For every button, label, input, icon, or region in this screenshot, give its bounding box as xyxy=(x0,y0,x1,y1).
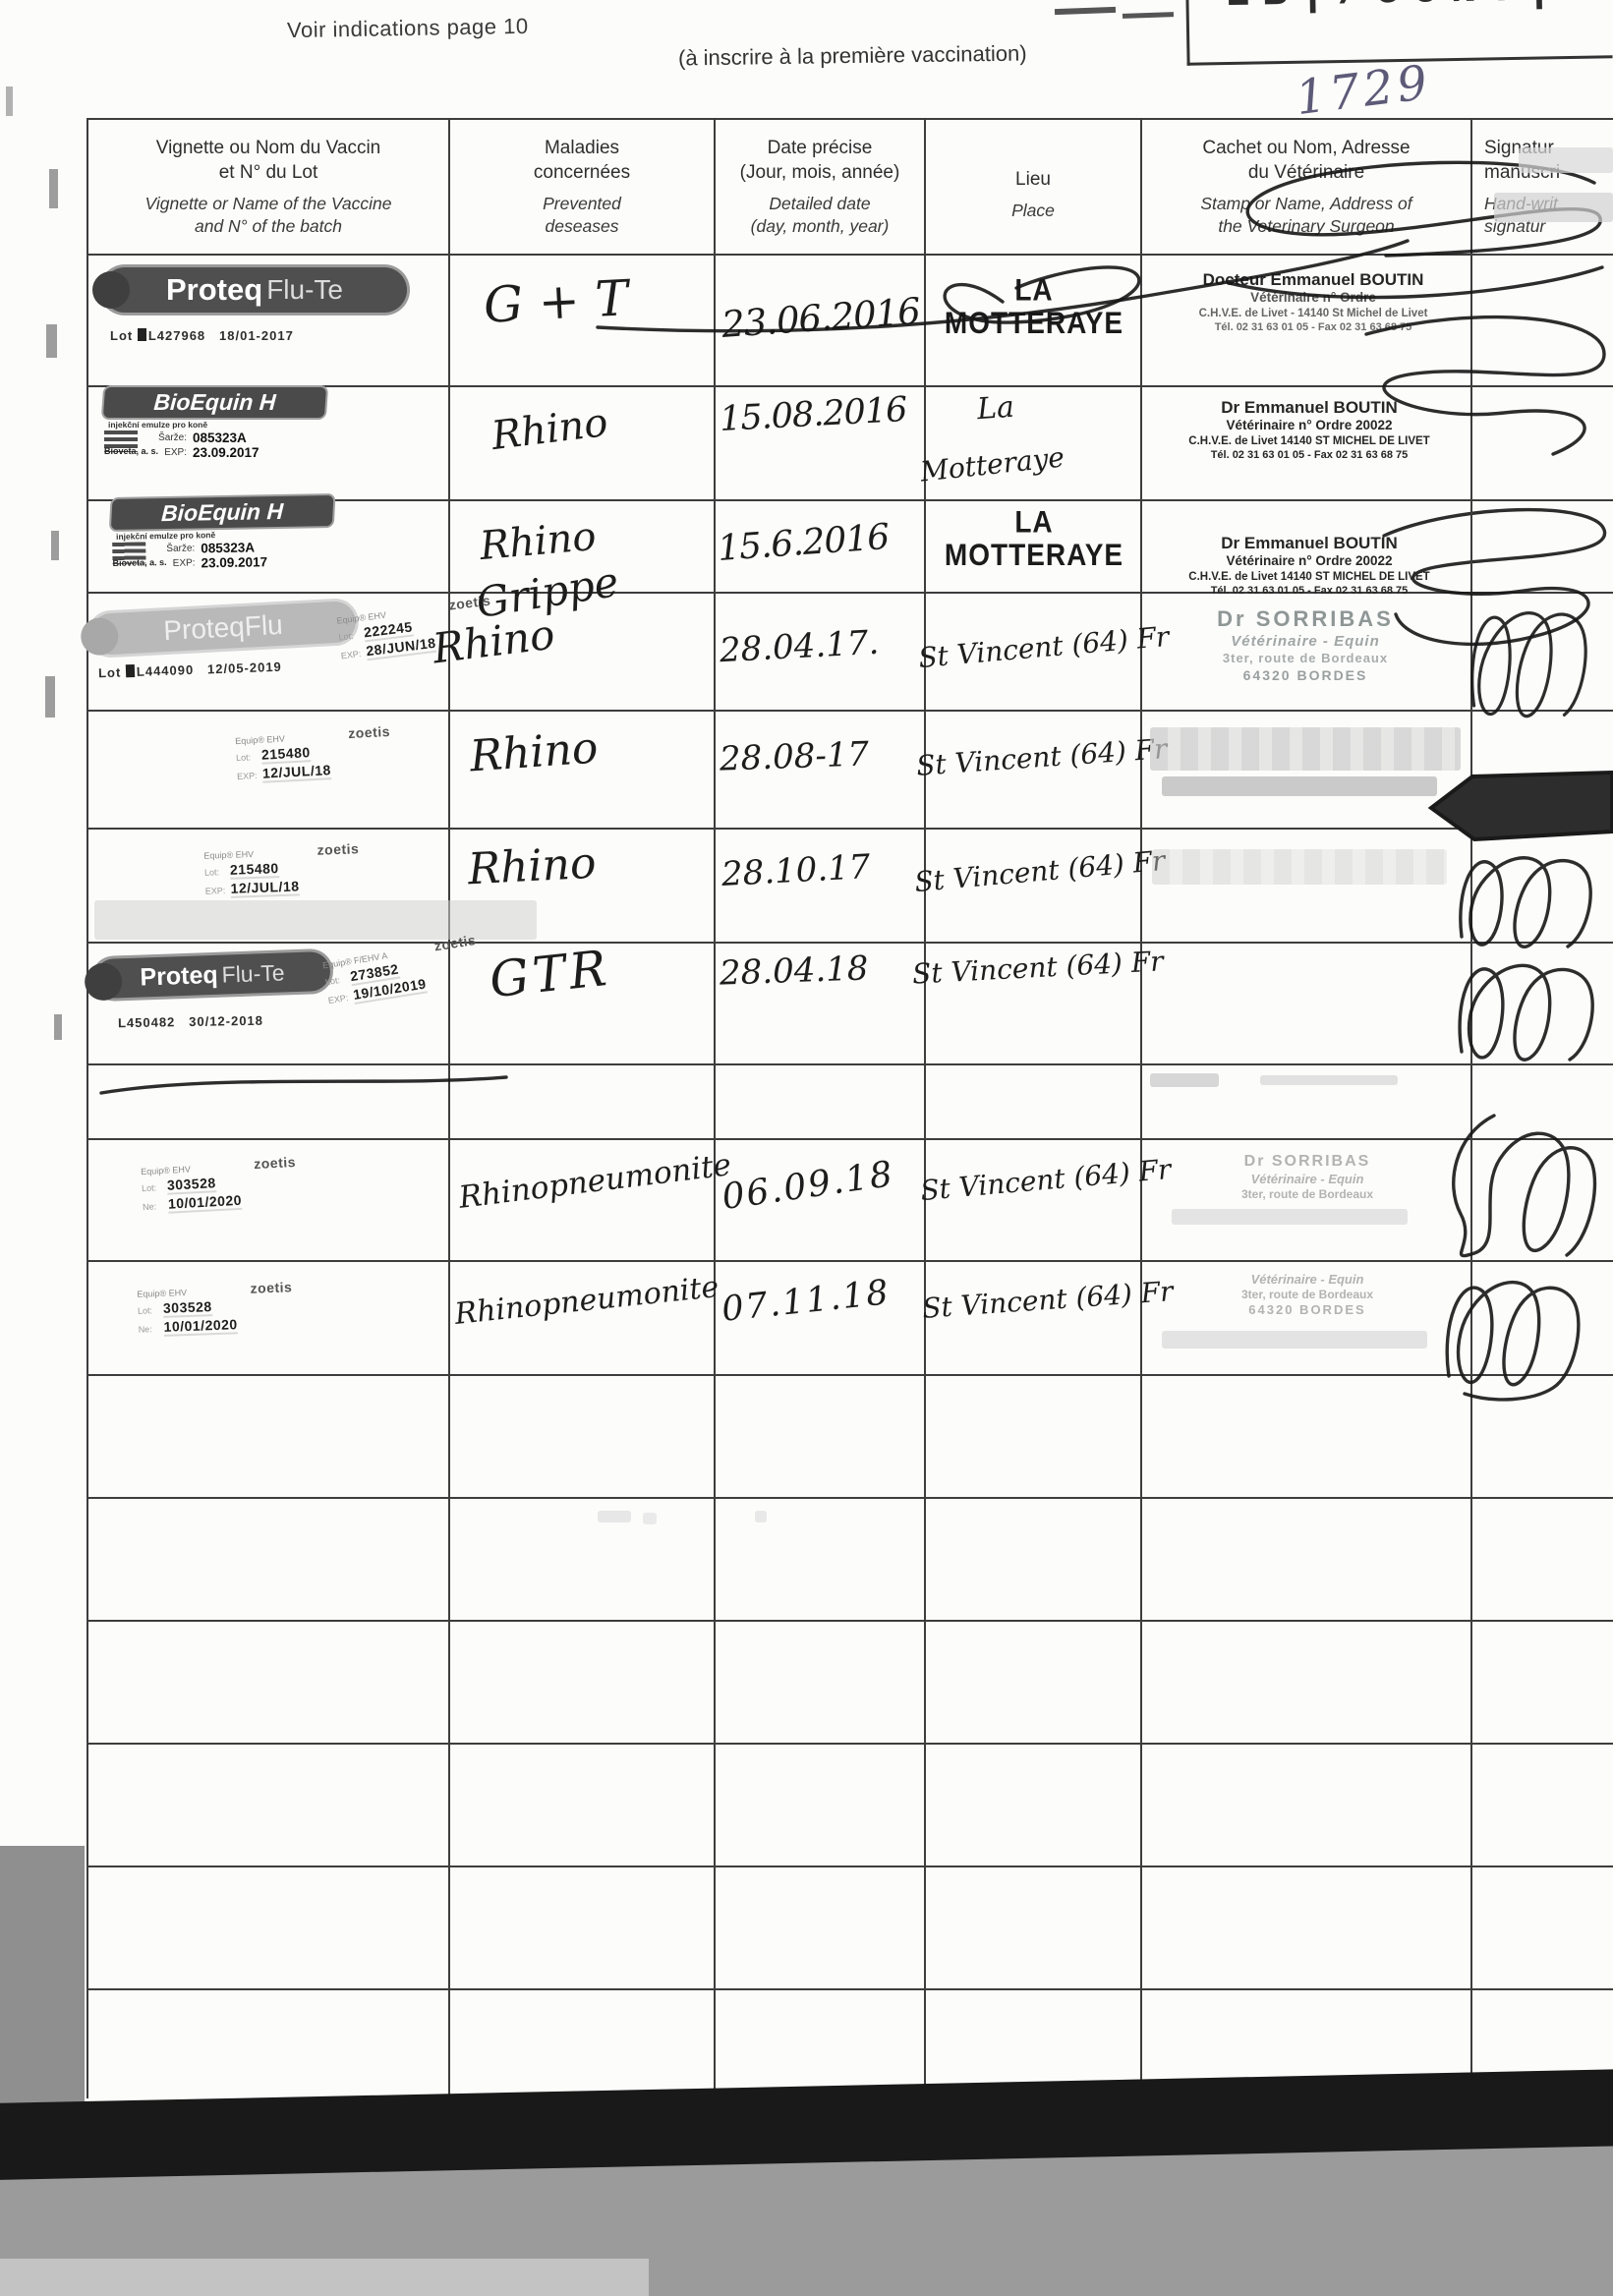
empty-cell xyxy=(88,1867,450,1988)
empty-row xyxy=(88,1745,1613,1867)
vaccination-row: Equip® EHV zoetis Lot: 215480 EXP: 12/JU… xyxy=(88,830,1613,944)
empty-cell xyxy=(926,1622,1142,1743)
place-entry: St Vincent (64) Fr xyxy=(915,732,1168,782)
exp-value: 10/01/2020 xyxy=(168,1192,243,1214)
header-fr: concernées xyxy=(534,160,630,185)
vet-stamp-faint: Dr SORRIBAS Vétérinaire - Equin 3ter, ro… xyxy=(1150,1152,1465,1202)
place-entry: St Vincent (64) Fr xyxy=(911,945,1164,990)
exp-value: 12/JUL/18 xyxy=(262,762,332,783)
empty-cell xyxy=(926,1376,1142,1497)
empty-cell xyxy=(1142,1867,1472,1988)
scan-smudge xyxy=(643,1513,657,1524)
disease-entry: Rhinopneumonite xyxy=(453,1270,720,1332)
disease-cell: Rhinopneumonite xyxy=(450,1140,716,1260)
vaccine-brand: Proteq xyxy=(166,272,262,308)
illegible-stamp-smudge xyxy=(1150,727,1461,771)
exp-label: EXP: xyxy=(340,648,367,660)
header-en: Prevented xyxy=(543,193,621,215)
first-vaccination-note: (à inscrire à la première vaccination) xyxy=(678,41,1027,72)
vaccine-cell: Equip® EHV zoetis Lot: 303528 Ne: 10/01/… xyxy=(88,1262,450,1374)
place-entry: St Vincent (64) Fr xyxy=(913,844,1167,898)
date-cell: 15.08.2016 xyxy=(716,387,926,499)
exp-value: 10/01/2020 xyxy=(163,1316,238,1337)
empty-cell xyxy=(88,1990,450,2098)
empty-cell xyxy=(1472,1499,1613,1620)
header-en: Detailed date xyxy=(769,193,870,215)
vaccine-sticker-bioequin: BioEquin H injekční emulze pro koně Šarž… xyxy=(104,387,325,456)
scan-smudge xyxy=(755,1511,767,1522)
vaccination-row: BioEquin H injekční emulze pro koně Šarž… xyxy=(88,501,1613,594)
empty-cell xyxy=(926,1745,1142,1865)
stamp-cell: Vétérinaire - Equin 3ter, route de Borde… xyxy=(1142,1262,1472,1374)
disease-entry: GTR xyxy=(487,940,612,1009)
header-fr: Vignette ou Nom du Vaccin xyxy=(156,136,381,160)
stamp-cell xyxy=(1142,830,1472,942)
column-header-vaccine: Vignette ou Nom du Vaccin et N° du Lot V… xyxy=(88,120,450,254)
place-cell: St Vincent (64) Fr xyxy=(926,830,1142,942)
empty-cell xyxy=(716,1990,926,2098)
header-en: and N° of the batch xyxy=(195,215,342,238)
zoetis-logo: zoetis xyxy=(317,840,359,857)
exp-label: EXP: xyxy=(327,992,354,1005)
lot-value: L450482 xyxy=(118,1014,176,1030)
empty-cell xyxy=(450,1745,716,1865)
vet-stamp: Dr Emmanuel BOUTIN Vétérinaire n° Ordre … xyxy=(1152,533,1467,598)
empty-cell xyxy=(1142,1622,1472,1743)
vaccine-cell: BioEquin H injekční emulze pro koně Šarž… xyxy=(88,501,450,592)
scan-edge-mark xyxy=(49,169,58,208)
vaccine-cell: Proteq Flu-Te Lot L427968 18/01-2017 xyxy=(88,256,450,385)
vaccine-cell: Equip® EHV zoetis Lot: 215480 EXP: 12/JU… xyxy=(88,712,450,828)
place-cell: St Vincent (64) Fr xyxy=(926,944,1142,1063)
scan-edge-mark xyxy=(6,86,13,116)
lot-number: L450482 30/12-2018 xyxy=(118,1013,263,1031)
lot-label: Lot: xyxy=(138,1305,163,1316)
zoetis-logo: zoetis xyxy=(348,723,390,741)
lot-date: 12/05-2019 xyxy=(207,660,282,677)
empty-cell xyxy=(88,1745,450,1865)
zoetis-product: Equip® EHV xyxy=(141,1165,191,1177)
date-cell: 28.08-17 xyxy=(716,712,926,828)
scan-edge-mark xyxy=(54,1014,62,1040)
place-cell: St Vincent (64) Fr xyxy=(926,1140,1142,1260)
lot-value: L444090 xyxy=(137,662,195,679)
stamp-line: Tél. 02 31 63 01 05 - Fax 02 31 63 68 75 xyxy=(1152,585,1467,599)
lot-number: Lot L444090 12/05-2019 xyxy=(98,660,282,681)
lot-date: 30/12-2018 xyxy=(189,1013,263,1029)
date-cell: 28.10.17 xyxy=(716,830,926,942)
vaccine-cell: Equip® EHV zoetis Lot: 215480 EXP: 12/JU… xyxy=(88,830,450,942)
zoetis-product: Equip® EHV xyxy=(235,734,285,747)
exp-label: Ne: xyxy=(143,1201,168,1212)
stamp-line: C.H.V.E. de Livet 14140 ST MICHEL DE LIV… xyxy=(1152,570,1467,584)
stamp-line: Dr Emmanuel BOUTIN xyxy=(1152,533,1467,553)
scan-bottom-light-strip xyxy=(0,2259,649,2296)
empty-cell xyxy=(716,1622,926,1743)
place-entry: Motteraye xyxy=(919,440,1066,488)
disease-entry: Rhino xyxy=(478,514,598,569)
place-cell: St Vincent (64) Fr xyxy=(926,1262,1142,1374)
empty-cell xyxy=(1142,1499,1472,1620)
scan-edge-mark xyxy=(45,676,55,717)
place-entry: St Vincent (64) Fr xyxy=(917,620,1171,674)
empty-cell xyxy=(1472,1745,1613,1865)
scanned-vaccination-record-page: Voir indications page 10 (à inscrire à l… xyxy=(0,0,1613,2296)
scan-edge-mark xyxy=(51,531,59,560)
lot-value: 303528 xyxy=(163,1298,212,1318)
handwritten-page-number: 1729 xyxy=(1293,55,1434,126)
date-cell: 28.04.17. xyxy=(716,594,926,710)
empty-cell xyxy=(716,1376,926,1497)
disease-cell: Rhino xyxy=(450,712,716,828)
lot-value: 215480 xyxy=(230,860,279,880)
empty-cell xyxy=(88,1499,450,1620)
date-cell: 15.6.2016 xyxy=(716,501,926,592)
scan-artifact-dash xyxy=(1123,12,1174,19)
signature-scribble xyxy=(1450,840,1613,958)
vaccine-brand: BioEquin H xyxy=(103,387,326,418)
disease-entry: Rhino xyxy=(467,838,598,895)
place-entry: St Vincent (64) Fr xyxy=(919,1153,1173,1207)
lot-date: 18/01-2017 xyxy=(219,328,294,343)
exp-label: Ne: xyxy=(139,1324,164,1335)
corner-code-fragment: LB|/UUNV| xyxy=(1224,0,1564,19)
date-cell: 07.11.18 xyxy=(716,1262,926,1374)
empty-cell xyxy=(926,1499,1142,1620)
date-cell: 28.04.18 xyxy=(716,944,926,1063)
date-entry: 28.04.17. xyxy=(719,623,880,670)
signature-scribble xyxy=(590,231,1415,349)
stamp-cell: Dr Emmanuel BOUTIN Vétérinaire n° Ordre … xyxy=(1142,501,1472,592)
vaccine-cell: BioEquin H injekční emulze pro koně Šarž… xyxy=(88,387,450,499)
vaccine-sticker-proteq: Proteq Flu-Te xyxy=(93,951,330,999)
scan-smudge xyxy=(1519,147,1613,173)
lot-value: 303528 xyxy=(167,1175,217,1195)
lot-label: Lot: xyxy=(142,1182,167,1193)
date-entry: 15.6.2016 xyxy=(717,517,891,569)
vaccine-sticker-proteq-faded: ProteqFlu xyxy=(89,601,357,656)
empty-cell xyxy=(450,1376,716,1497)
empty-cell xyxy=(1472,1622,1613,1743)
vaccination-row: Proteq Flu-Te L450482 30/12-2018 Equip® … xyxy=(88,944,1613,1065)
date-entry: 28.10.17 xyxy=(720,847,871,894)
stamp-cell xyxy=(1142,712,1472,828)
corner-box-fragment: LB|/UUNV| xyxy=(1185,0,1612,66)
empty-cell xyxy=(1142,1745,1472,1865)
zoetis-product: Equip® EHV xyxy=(137,1288,187,1299)
vaccine-brand: Flu-Te xyxy=(266,274,343,306)
barcode-mark xyxy=(138,328,146,341)
place-line: LA xyxy=(896,505,1172,539)
disease-cell: Rhino xyxy=(450,830,716,942)
place-line: MOTTERAYE xyxy=(896,539,1172,572)
header-en: Vignette or Name of the Vaccine xyxy=(145,193,392,215)
empty-row xyxy=(88,1867,1613,1990)
place-cell: St Vincent (64) Fr xyxy=(926,712,1142,828)
place-entry: La xyxy=(976,390,1015,428)
exp-value: 12/JUL/18 xyxy=(230,878,299,897)
stamp-line: Vétérinaire - Equin xyxy=(1150,1172,1465,1187)
empty-cell xyxy=(926,1867,1142,1988)
scan-smudge xyxy=(1494,193,1613,222)
batch-label: Šarže: xyxy=(151,541,195,556)
batch-label: Šarže: xyxy=(144,430,187,445)
empty-cell xyxy=(716,1499,926,1620)
scan-artifact-dash xyxy=(1055,7,1116,15)
disease-entry: Rhino xyxy=(490,400,610,459)
exp-label: EXP: xyxy=(205,886,231,896)
stamp-line: 64320 BORDES xyxy=(1148,667,1463,685)
vaccine-brand: Proteq xyxy=(140,960,218,992)
empty-cell xyxy=(926,1065,1142,1138)
date-entry: 07.11.18 xyxy=(720,1273,892,1330)
empty-cell xyxy=(88,1622,450,1743)
disease-cell: GTR xyxy=(450,944,716,1063)
stamp-cell xyxy=(1142,944,1472,1063)
signature-scribble xyxy=(1356,295,1612,482)
empty-cell xyxy=(1142,1065,1472,1138)
header-fr: Date précise xyxy=(768,136,873,160)
empty-cell xyxy=(450,1622,716,1743)
empty-row xyxy=(88,1622,1613,1745)
vet-stamp-faint: Vétérinaire - Equin 3ter, route de Borde… xyxy=(1150,1272,1465,1319)
vaccine-sticker-proteq: Proteq Flu-Te xyxy=(102,267,407,313)
empty-cell xyxy=(716,1867,926,1988)
vaccine-sticker-zoetis: Equip® EHV zoetis Lot: 303528 Ne: 10/01/… xyxy=(141,1154,299,1215)
illegible-stamp-smudge xyxy=(1162,776,1437,796)
zoetis-logo: zoetis xyxy=(254,1154,296,1172)
exp-value: 23.09.2017 xyxy=(193,445,259,460)
vaccine-cell: Equip® EHV zoetis Lot: 303528 Ne: 10/01/… xyxy=(88,1140,450,1260)
stamp-line: Vétérinaire n° Ordre 20022 xyxy=(1152,553,1467,570)
vaccine-sticker-zoetis: Equip® EHV zoetis Lot: 303528 Ne: 10/01/… xyxy=(137,1279,294,1337)
vaccination-row: Equip® EHV zoetis Lot: 303528 Ne: 10/01/… xyxy=(88,1262,1613,1376)
vaccination-row: Equip® EHV zoetis Lot: 215480 EXP: 12/JU… xyxy=(88,712,1613,830)
vaccination-row: Equip® EHV zoetis Lot: 303528 Ne: 10/01/… xyxy=(88,1140,1613,1262)
scan-smudge xyxy=(1172,1209,1408,1225)
disease-entry: Rhinopneumonite xyxy=(457,1147,733,1216)
empty-cell xyxy=(88,1376,450,1497)
disease-entry: Rhino xyxy=(468,723,600,782)
vaccine-cell: Proteq Flu-Te L450482 30/12-2018 Equip® … xyxy=(88,944,450,1063)
place-stamp: LA MOTTERAYE xyxy=(896,505,1172,571)
date-entry: 15.08.2016 xyxy=(719,390,907,439)
date-entry: 28.04.18 xyxy=(719,948,869,993)
empty-cell xyxy=(716,1065,926,1138)
place-cell: St Vincent (64) Fr xyxy=(926,594,1142,710)
signature-scribble xyxy=(1450,946,1613,1073)
lot-label: Lot xyxy=(110,328,133,343)
stamp-line: Dr SORRIBAS xyxy=(1150,1152,1465,1172)
date-cell: 06.09.18 xyxy=(716,1140,926,1260)
empty-cell xyxy=(1142,1376,1472,1497)
lot-value: L427968 xyxy=(148,328,205,343)
vaccine-sticker-bioequin: BioEquin H injekční emulze pro koně Šarž… xyxy=(111,495,333,568)
empty-cell xyxy=(450,1990,716,2098)
signature-scribble xyxy=(1435,1106,1612,1273)
header-fr: et N° du Lot xyxy=(219,160,318,185)
illegible-stamp-smudge xyxy=(1152,849,1447,885)
scan-smudge xyxy=(1162,1331,1427,1349)
lot-label: Lot xyxy=(98,664,122,680)
lot-number: Lot L427968 18/01-2017 xyxy=(110,328,294,343)
stamp-cell: Dr SORRIBAS Vétérinaire - Equin 3ter, ro… xyxy=(1142,1140,1472,1260)
scan-smudge xyxy=(1260,1075,1398,1085)
exp-label: EXP: xyxy=(237,771,262,781)
disease-cell: Rhinopneumonite xyxy=(450,1262,716,1374)
vaccine-brand: BioEquin H xyxy=(111,495,334,530)
vaccine-subtitle: injekční emulze pro koně xyxy=(108,420,325,430)
zoetis-logo: zoetis xyxy=(250,1279,292,1295)
place-cell: LA MOTTERAYE xyxy=(926,501,1142,592)
stamp-line: Vétérinaire - Equin xyxy=(1150,1272,1465,1288)
barcode-mark xyxy=(126,664,135,677)
lot-value: 215480 xyxy=(261,744,312,765)
stamp-line: 64320 BORDES xyxy=(1150,1302,1465,1318)
lot-label: Lot: xyxy=(204,867,230,878)
disease-cell: Rhino xyxy=(450,387,716,499)
date-entry: 06.09.18 xyxy=(720,1154,896,1218)
vaccine-brand: ProteqFlu xyxy=(163,609,284,647)
vaccine-sticker-zoetis: Equip® EHV zoetis Lot: 215480 EXP: 12/JU… xyxy=(235,723,393,784)
header-fr: (Jour, mois, année) xyxy=(740,160,900,185)
top-note: Voir indications page 10 xyxy=(287,14,529,43)
empty-cell xyxy=(450,1499,716,1620)
signature-scribble xyxy=(1463,588,1613,735)
empty-cell xyxy=(450,1867,716,1988)
empty-row xyxy=(88,1376,1613,1499)
vaccine-sticker-zoetis: Equip® EHV zoetis Lot: 215480 EXP: 12/JU… xyxy=(203,840,361,898)
disease-cell: Grippe Rhino xyxy=(450,594,716,710)
lot-label: Lot: xyxy=(236,752,261,763)
empty-cell xyxy=(1472,1867,1613,1988)
scan-edge-mark xyxy=(46,324,57,358)
empty-cell xyxy=(716,1745,926,1865)
batch-value: 085323A xyxy=(201,540,267,555)
scan-smudge xyxy=(598,1511,631,1522)
signature-scribble xyxy=(1435,1258,1612,1406)
empty-row xyxy=(88,1499,1613,1622)
header-fr: Lieu xyxy=(1015,167,1051,192)
exp-value: 23.09.2017 xyxy=(201,554,267,570)
header-fr: Maladies xyxy=(545,136,619,160)
zoetis-product: Equip® EHV xyxy=(203,849,254,861)
lot-label: Lot: xyxy=(338,629,365,642)
vaccine-cell: ProteqFlu Lot L444090 12/05-2019 Equip® … xyxy=(88,594,450,710)
stamp-line: 3ter, route de Bordeaux xyxy=(1150,1288,1465,1302)
date-entry: 28.08-17 xyxy=(719,734,869,778)
place-entry: St Vincent (64) Fr xyxy=(921,1275,1174,1325)
place-cell: La Motteraye xyxy=(926,387,1142,499)
batch-value: 085323A xyxy=(193,430,259,445)
vaccine-brand: Flu-Te xyxy=(221,959,285,988)
stamp-line: 3ter, route de Bordeaux xyxy=(1150,1187,1465,1202)
scan-smudge xyxy=(1150,1073,1219,1087)
lot-label: Lot: xyxy=(324,973,351,987)
stray-pen-stroke xyxy=(93,1069,516,1103)
header-en: Place xyxy=(1011,200,1055,222)
